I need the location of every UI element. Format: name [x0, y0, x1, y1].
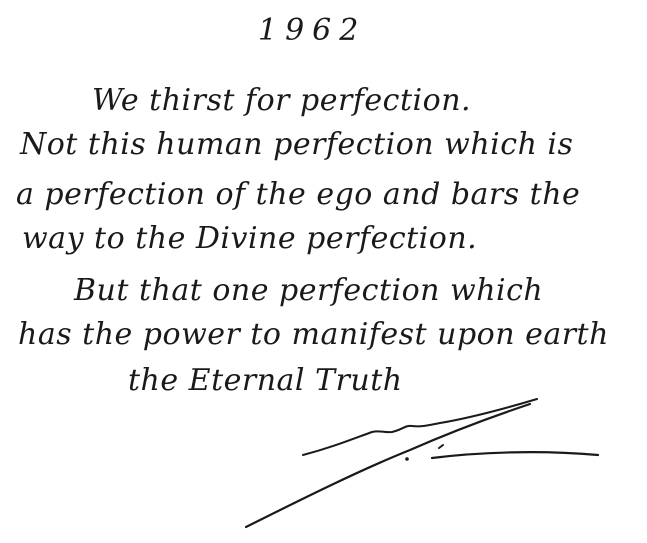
year-heading: 1962 — [258, 16, 366, 46]
text-line-3: a perfection of the ego and bars the — [16, 180, 580, 210]
text-line-4: way to the Divine perfection. — [22, 224, 477, 254]
signature-icon — [0, 0, 647, 543]
text-line-7: the Eternal Truth — [128, 366, 403, 396]
text-line-1: We thirst for perfection. — [92, 86, 471, 116]
text-line-2: Not this human perfection which is — [20, 130, 573, 160]
text-line-5: But that one perfection which — [74, 276, 543, 306]
text-line-6: has the power to manifest upon earth — [18, 320, 609, 350]
